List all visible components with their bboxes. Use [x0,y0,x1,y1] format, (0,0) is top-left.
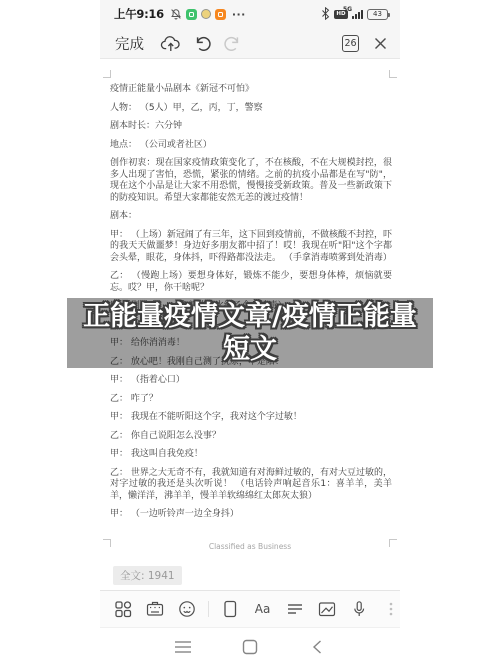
doc-paragraph: 剧本时长：六分钟 [110,121,392,133]
mic-icon[interactable] [348,599,370,619]
edit-toolbar: 完成 26 [100,28,400,59]
doc-paragraph: 乙： （慢跑上场）要想身体好，锻炼不能少，要想身体棒，烦恼就要忘。哎？甲，你干啥… [110,271,392,294]
image-icon[interactable] [316,599,338,619]
home-icon[interactable] [240,639,260,655]
title-overlay-band: 正能量疫情文章/疫情正能量短文 [67,298,433,368]
format-toolbar: Aa [100,590,400,627]
page-corner-mark [103,70,111,78]
font-size-box[interactable]: 26 [342,35,359,52]
redo-button[interactable] [223,34,242,52]
page-icon[interactable] [219,599,241,619]
font-icon[interactable]: Aa [252,602,274,616]
doc-paragraph: 人物： （5人）甲，乙，丙，丁，警察 [110,103,392,115]
done-button[interactable]: 完成 [115,33,144,54]
doc-paragraph: 甲： （一边听铃声一边全身抖） [110,509,392,521]
doc-paragraph: 乙： 世界之大无奇不有，我就知道有对海鲜过敏的，有对大豆过敏的，对字过敏的我还是… [110,468,392,503]
classification-footer: Classified as Business [100,542,400,551]
green-app-icon [186,9,197,20]
doc-paragraph: 疫情正能量小品剧本《新冠不可怕》 [110,84,392,96]
align-icon[interactable] [284,599,306,619]
more-icon[interactable] [380,599,400,619]
doc-paragraph: 剧本： [110,211,392,223]
doc-paragraph: 乙： 你自己说阳怎么没事？ [110,431,392,443]
keyboard-icon[interactable] [144,599,166,619]
more-notifications-icon: ··· [232,8,246,21]
emoji-icon[interactable] [176,599,198,619]
cloud-upload-button[interactable] [160,34,182,53]
menu-icon[interactable] [173,640,193,654]
toolbar-divider [208,601,209,617]
word-count-badge: 全文: 1941 [113,566,182,585]
doc-paragraph: 创作初衷：现在国家疫情政策变化了，不在核酸，不在大规模封控，很多人出现了害怕，恐… [110,158,392,204]
doc-paragraph: 地点： （公司或者社区） [110,140,392,152]
clock: 上午9:16 [114,6,164,22]
bluetooth-icon [321,5,330,24]
doc-paragraph: 甲： 我现在不能听阳这个字，我对这个字过敏！ [110,412,392,424]
close-icon[interactable] [373,36,388,51]
mute-icon [170,5,182,24]
doc-paragraph: 乙： 咋了？ [110,394,392,406]
status-bar: 上午9:16 ··· [100,0,400,28]
circle-app-icon [201,9,211,19]
doc-paragraph: 甲： （指着心口） [110,375,392,387]
undo-button[interactable] [193,34,212,52]
screenshot-canvas: 上午9:16 ··· [0,0,500,666]
orange-app-icon [215,9,226,20]
android-nav-bar [100,627,400,666]
article-title: 正能量疫情文章/疫情正能量短文 [71,300,429,366]
battery-indicator: 43 [367,9,388,20]
apps-grid-icon[interactable] [112,599,134,619]
page-corner-mark [389,70,397,78]
doc-paragraph: 甲： 我这叫自我免疫！ [110,449,392,461]
doc-paragraph: 甲： （上场）新冠闹了有三年，这下回到疫情前，不做核酸不封控，吓的我天天做噩梦！… [110,230,392,265]
back-icon[interactable] [307,639,327,655]
signal-5g-icon: 5G [352,9,363,19]
